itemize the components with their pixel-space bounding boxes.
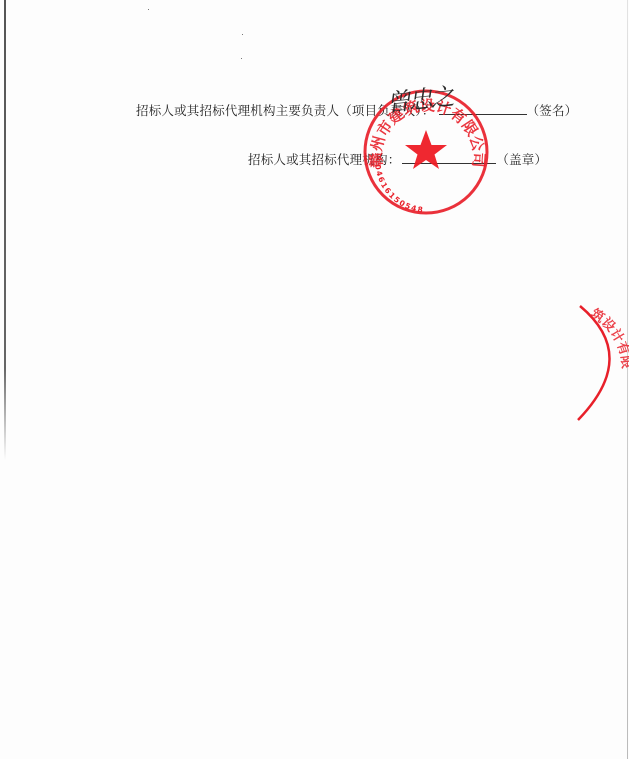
handwritten-signature: 曾忠之 (384, 77, 453, 119)
partial-seal-text: 筑设计有限 (587, 305, 629, 369)
partial-seal: 筑设计有限 (540, 296, 629, 426)
page-left-border (4, 0, 6, 460)
scan-speck (241, 58, 242, 59)
star-icon (405, 130, 447, 169)
signature-suffix: （签名） (527, 103, 578, 118)
scan-speck (148, 9, 149, 10)
scan-speck (242, 34, 243, 35)
svg-text:筑设计有限: 筑设计有限 (587, 305, 629, 369)
signature-line: 招标人或其招标代理机构主要负责人（项目负责人）：（签名） (136, 101, 577, 119)
seal-suffix: （盖章） (496, 152, 547, 167)
